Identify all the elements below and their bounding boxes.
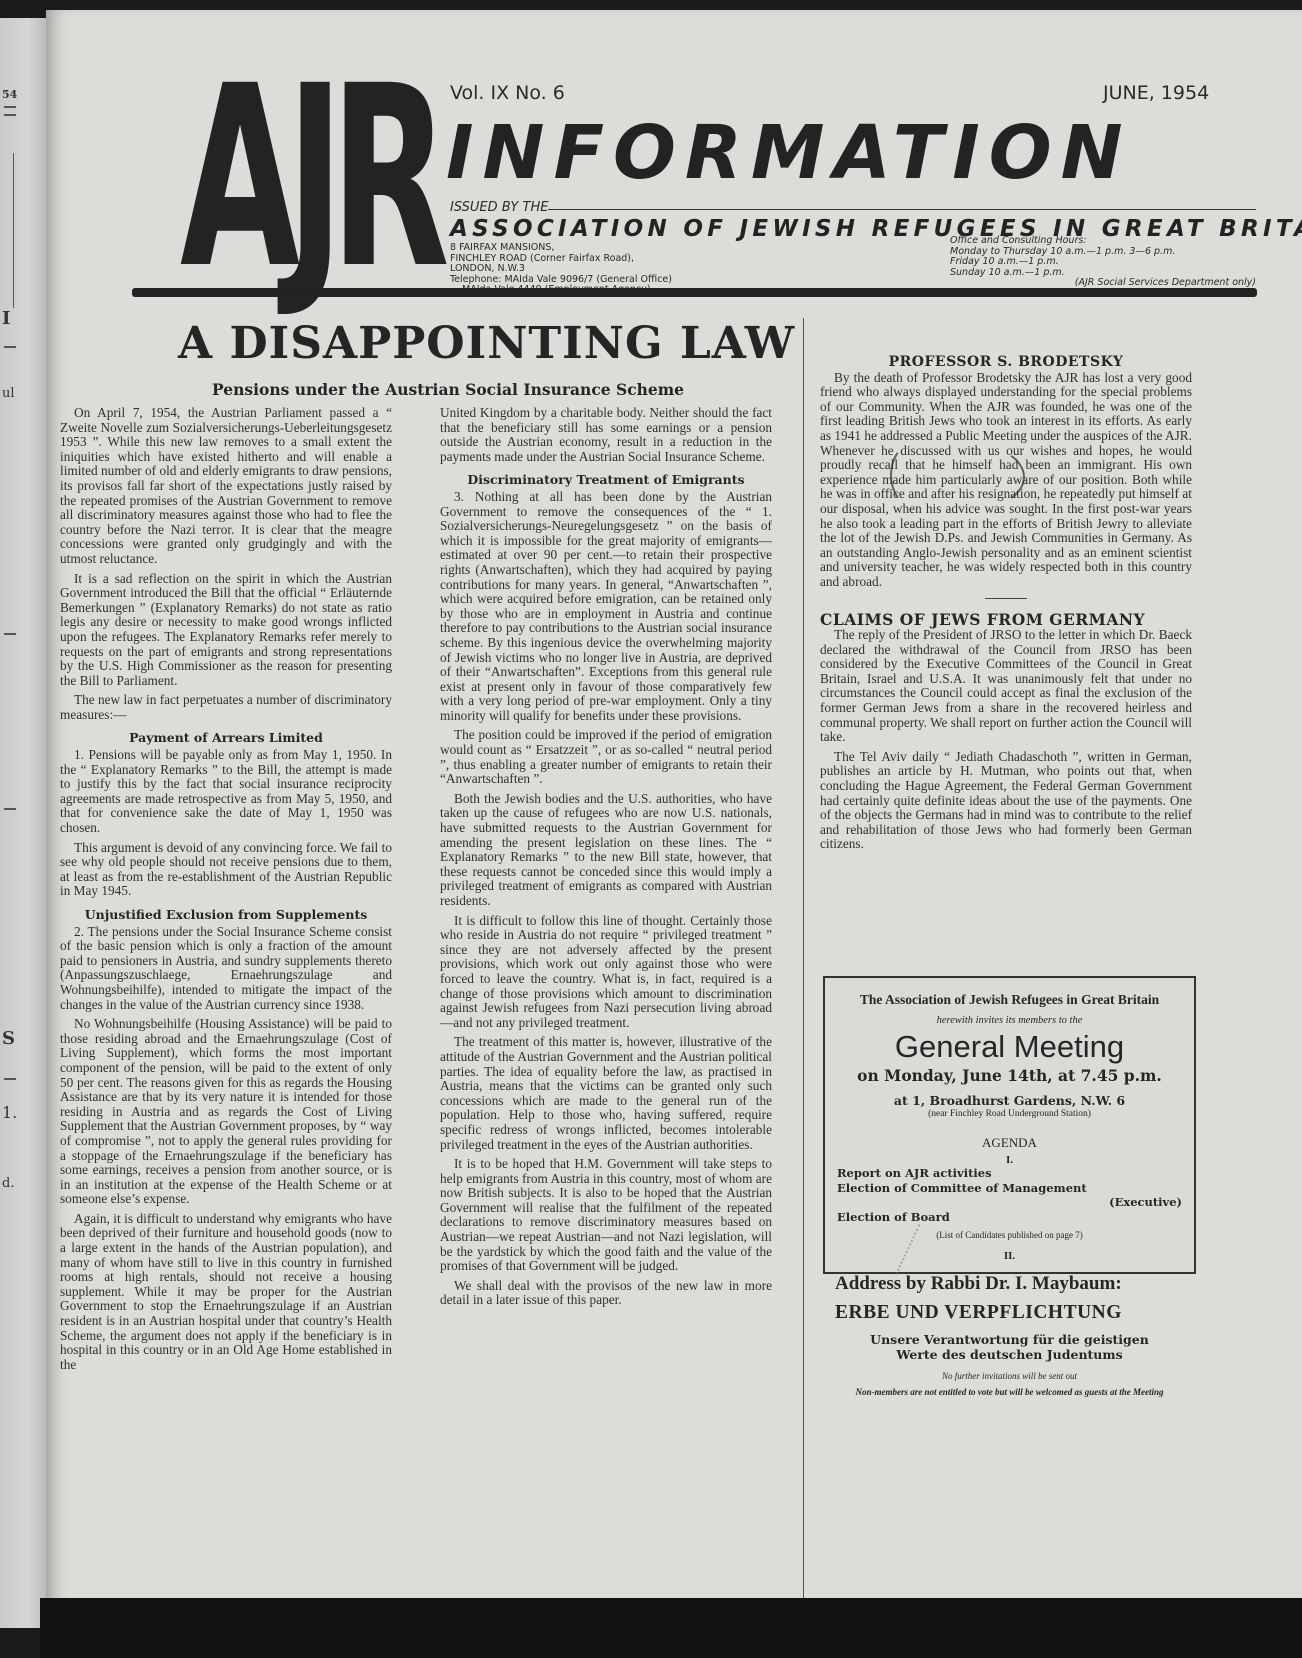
column-divider: [803, 318, 804, 1598]
agenda-item: Election of Committee of Management: [837, 1181, 1182, 1196]
agenda-heading: AGENDA: [825, 1135, 1194, 1151]
article-paragraph: We shall deal with the provisos of the n…: [440, 1279, 772, 1308]
meeting-datetime: on Monday, June 14th, at 7.45 p.m.: [825, 1066, 1194, 1085]
lecture-subtitle: Unsere Verantwortung für die geistigen W…: [825, 1332, 1194, 1362]
hours-heading: Office and Consulting Hours:: [950, 236, 1256, 247]
margin-rule: [4, 114, 16, 116]
agenda-part-1: I.: [825, 1154, 1194, 1166]
address-line: LONDON, N.W.3: [450, 264, 672, 275]
candidates-note: (List of Candidates published on page 7): [825, 1230, 1194, 1240]
margin-rule: [4, 346, 16, 348]
agenda-item: Election of Board: [837, 1210, 1182, 1225]
article-paragraph: 2. The pensions under the Social Insuran…: [60, 925, 392, 1013]
margin-fragment: 1.: [2, 1103, 17, 1122]
agenda-item-note: (Executive): [837, 1195, 1182, 1210]
article-paragraph: It is a sad reflection on the spirit in …: [60, 572, 392, 689]
hours-line: Friday 10 a.m.—1 p.m.: [950, 257, 1256, 268]
article-paragraph: No Wohnungsbeihilfe (Housing Assistance)…: [60, 1017, 392, 1207]
masthead-divider: [132, 288, 1257, 297]
article-paragraph: The position could be improved if the pe…: [440, 728, 772, 786]
publication-title: INFORMATION: [446, 110, 1132, 196]
pencil-mark: [890, 445, 930, 505]
article-column-2: United Kingdom by a charitable body. Nei…: [440, 406, 772, 1313]
margin-fragment: d.: [2, 1176, 14, 1191]
meeting-location: at 1, Broadhurst Gardens, N.W. 6: [825, 1093, 1194, 1108]
margin-rule: [13, 153, 14, 308]
article-paragraph: Again, it is difficult to understand why…: [60, 1212, 392, 1373]
section-heading: Unjustified Exclusion from Supplements: [60, 908, 392, 923]
issue-date: JUNE, 1954: [1103, 82, 1209, 104]
margin-fragment: 54: [2, 88, 17, 101]
margin-rule: [4, 633, 16, 635]
ajr-logo: AJR: [180, 75, 326, 280]
margin-fragment: ul: [2, 386, 15, 401]
lecture-subtitle-line: Unsere Verantwortung für die geistigen: [825, 1332, 1194, 1347]
claims-heading: CLAIMS OF JEWS FROM GERMANY: [820, 613, 1192, 628]
no-further-invitations: No further invitations will be sent out: [825, 1371, 1194, 1381]
article-paragraph: United Kingdom by a charitable body. Nei…: [440, 406, 772, 464]
notice-organization: The Association of Jewish Refugees in Gr…: [825, 992, 1194, 1008]
agenda-part-2: II.: [825, 1250, 1194, 1262]
general-meeting-notice: The Association of Jewish Refugees in Gr…: [823, 976, 1196, 1274]
article-paragraph: On April 7, 1954, the Austrian Parliamen…: [60, 406, 392, 567]
claims-paragraph: The reply of the President of JRSO to th…: [820, 628, 1192, 745]
address-speaker: Address by Rabbi Dr. I. Maybaum:: [825, 1273, 1194, 1295]
section-heading: Discriminatory Treatment of Emigrants: [440, 473, 772, 488]
obituary-heading: PROFESSOR S. BRODETSKY: [820, 355, 1192, 370]
address-line: 8 FAIRFAX MANSIONS,: [450, 243, 672, 254]
article-paragraph: It is to be hoped that H.M. Government w…: [440, 1157, 772, 1274]
volume-number: Vol. IX No. 6: [450, 82, 565, 104]
article-paragraph: 1. Pensions will be payable only as from…: [60, 748, 392, 836]
margin-rule: [4, 106, 16, 108]
section-heading: Payment of Arrears Limited: [60, 731, 392, 746]
margin-fragment: I: [2, 308, 10, 329]
agenda-items: Report on AJR activities Election of Com…: [825, 1166, 1194, 1224]
margin-rule: [4, 808, 16, 810]
non-members-note: Non-members are not entitled to vote but…: [825, 1387, 1194, 1397]
previous-page-edge: 54 I ul S 1. d.: [0, 18, 46, 1628]
right-column: PROFESSOR S. BRODETSKY By the death of P…: [820, 355, 1192, 857]
notice-invites: herewith invites its members to the: [825, 1015, 1194, 1026]
lecture-title: ERBE UND VERPFLICHTUNG: [825, 1302, 1194, 1324]
article-paragraph: It is difficult to follow this line of t…: [440, 914, 772, 1031]
notice-title: General Meeting: [825, 1029, 1194, 1065]
lecture-subtitle-line: Werte des deutschen Judentums: [825, 1347, 1194, 1362]
meeting-location-note: (near Finchley Road Underground Station): [825, 1109, 1194, 1119]
issued-by-rule: [548, 209, 1256, 210]
issued-by-label: ISSUED BY THE: [450, 200, 548, 215]
article-paragraph: This argument is devoid of any convincin…: [60, 841, 392, 899]
article-paragraph: 3. Nothing at all has been done by the A…: [440, 490, 772, 724]
article-paragraph: Both the Jewish bodies and the U.S. auth…: [440, 792, 772, 909]
article-paragraph: The new law in fact perpetuates a number…: [60, 693, 392, 722]
margin-fragment: S: [2, 1028, 15, 1049]
agenda-item: Report on AJR activities: [837, 1166, 1182, 1181]
hours-note: (AJR Social Services Department only): [950, 278, 1256, 289]
page-bottom-shadow: [40, 1598, 1302, 1658]
article-headline: A DISAPPOINTING LAW: [178, 318, 795, 369]
article-subheadline: Pensions under the Austrian Social Insur…: [212, 380, 684, 399]
section-rule: [985, 598, 1027, 599]
margin-rule: [4, 1078, 16, 1080]
article-column-1: On April 7, 1954, the Austrian Parliamen…: [60, 406, 392, 1377]
article-paragraph: The treatment of this matter is, however…: [440, 1035, 772, 1152]
claims-paragraph: The Tel Aviv daily “ Jediath Chadaschoth…: [820, 750, 1192, 852]
office-hours: Office and Consulting Hours: Monday to T…: [950, 236, 1256, 289]
